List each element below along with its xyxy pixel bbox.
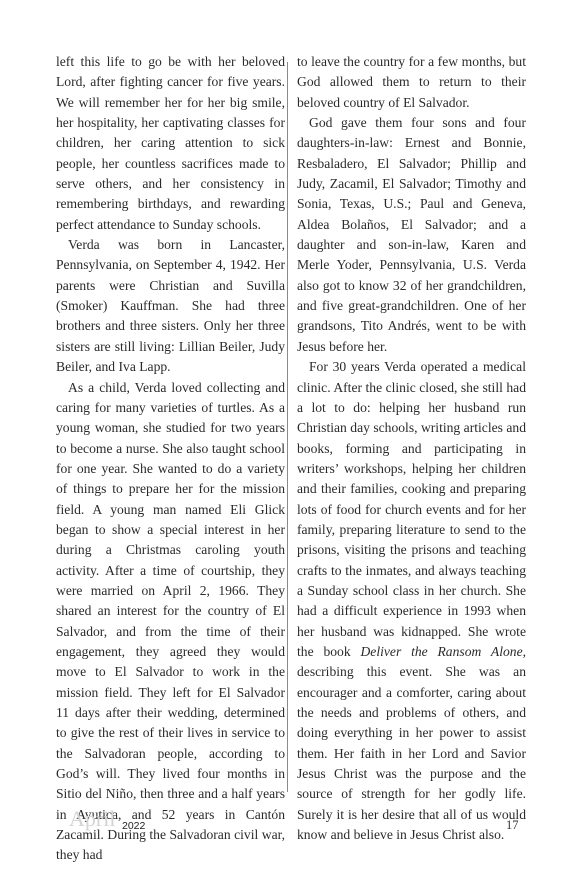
paragraph-continued: left this life to go be with her beloved… — [56, 52, 285, 235]
ministry-text-end: , describing this event. She was an enco… — [297, 644, 526, 842]
column-divider — [287, 62, 288, 792]
right-text-column: to leave the country for a few months, b… — [297, 52, 526, 845]
page-number: 17 — [506, 818, 519, 833]
left-text-column: left this life to go be with her beloved… — [56, 52, 285, 866]
paragraph-family: God gave them four sons and four daughte… — [297, 113, 526, 357]
paragraph-early-life: As a child, Verda loved collecting and c… — [56, 378, 285, 866]
paragraph-ministry: For 30 years Verda operated a medical cl… — [297, 357, 526, 845]
paragraph-civil-war-continued: to leave the country for a few months, b… — [297, 52, 526, 113]
book-title: Deliver the Ransom Alone — [360, 644, 522, 659]
magazine-page: left this life to go be with her beloved… — [0, 0, 575, 875]
ministry-text-start: For 30 years Verda operated a medical cl… — [297, 359, 526, 659]
footer-month: April — [69, 806, 115, 832]
footer-year: 2022 — [122, 820, 145, 832]
paragraph-birth: Verda was born in Lancaster, Pennsylvani… — [56, 235, 285, 377]
